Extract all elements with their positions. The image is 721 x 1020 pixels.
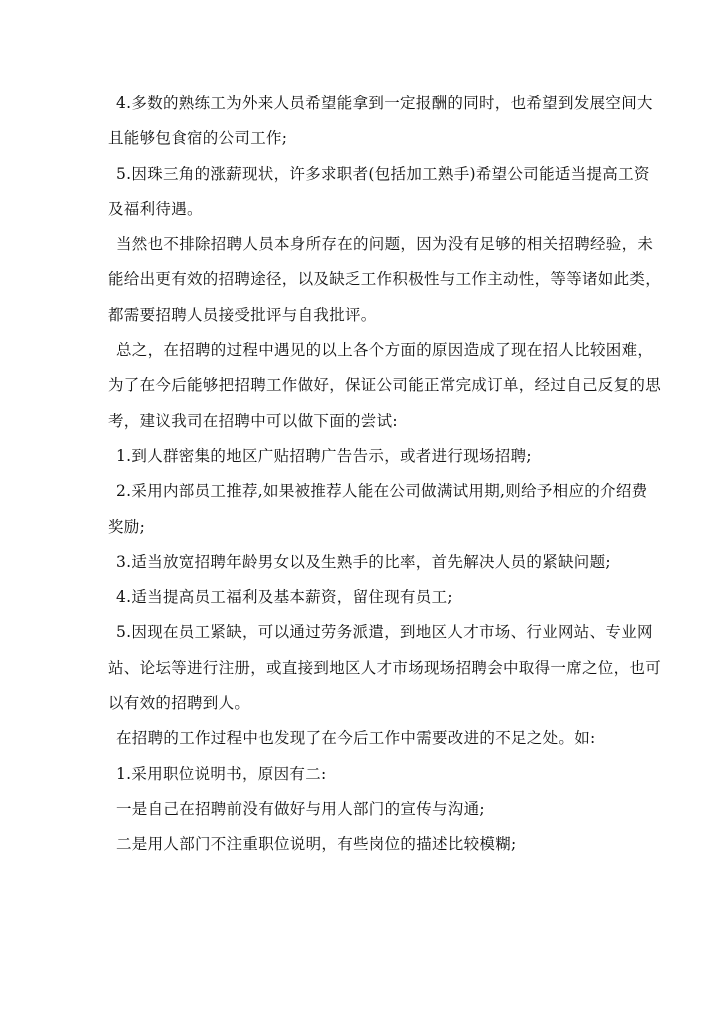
text-line: 站、论坛等进行注册，或直接到地区人才市场现场招聘会中取得一席之位，也可 [108, 657, 624, 692]
text-line: 3.适当放宽招聘年龄男女以及生熟手的比率，首先解决人员的紧缺问题; [108, 551, 624, 586]
document-page: 4.多数的熟练工为外来人员希望能拿到一定报酬的同时，也希望到发展空间大 且能够包… [108, 92, 624, 869]
text-line: 总之，在招聘的过程中遇见的以上各个方面的原因造成了现在招人比较困难， [108, 339, 624, 374]
text-line: 考，建议我司在招聘中可以做下面的尝试: [108, 410, 624, 445]
text-line: 都需要招聘人员接受批评与自我批评。 [108, 304, 624, 339]
text-line: 在招聘的工作过程中也发现了在今后工作中需要改进的不足之处。如: [108, 727, 624, 762]
text-line: 2.采用内部员工推荐,如果被推荐人能在公司做满试用期,则给予相应的介绍费 [108, 480, 624, 515]
text-line: 以有效的招聘到人。 [108, 692, 624, 727]
text-line: 一是自己在招聘前没有做好与用人部门的宣传与沟通; [108, 798, 624, 833]
text-line: 及福利待遇。 [108, 198, 624, 233]
text-line: 1.采用职位说明书，原因有二: [108, 763, 624, 798]
text-line: 4.多数的熟练工为外来人员希望能拿到一定报酬的同时，也希望到发展空间大 [108, 92, 624, 127]
text-line: 1.到人群密集的地区广贴招聘广告告示，或者进行现场招聘; [108, 445, 624, 480]
text-line: 5.因现在员工紧缺，可以通过劳务派遣，到地区人才市场、行业网站、专业网 [108, 621, 624, 656]
text-line: 能给出更有效的招聘途径，以及缺乏工作积极性与工作主动性，等等诸如此类， [108, 268, 624, 303]
text-line: 当然也不排除招聘人员本身所存在的问题，因为没有足够的相关招聘经验，未 [108, 233, 624, 268]
text-line: 4.适当提高员工福利及基本薪资，留住现有员工; [108, 586, 624, 621]
text-line: 5.因珠三角的涨薪现状，许多求职者(包括加工熟手)希望公司能适当提高工资 [108, 163, 624, 198]
text-line: 二是用人部门不注重职位说明，有些岗位的描述比较模糊; [108, 833, 624, 868]
text-line: 为了在今后能够把招聘工作做好，保证公司能正常完成订单，经过自己反复的思 [108, 374, 624, 409]
text-line: 且能够包食宿的公司工作; [108, 127, 624, 162]
text-line: 奖励; [108, 516, 624, 551]
